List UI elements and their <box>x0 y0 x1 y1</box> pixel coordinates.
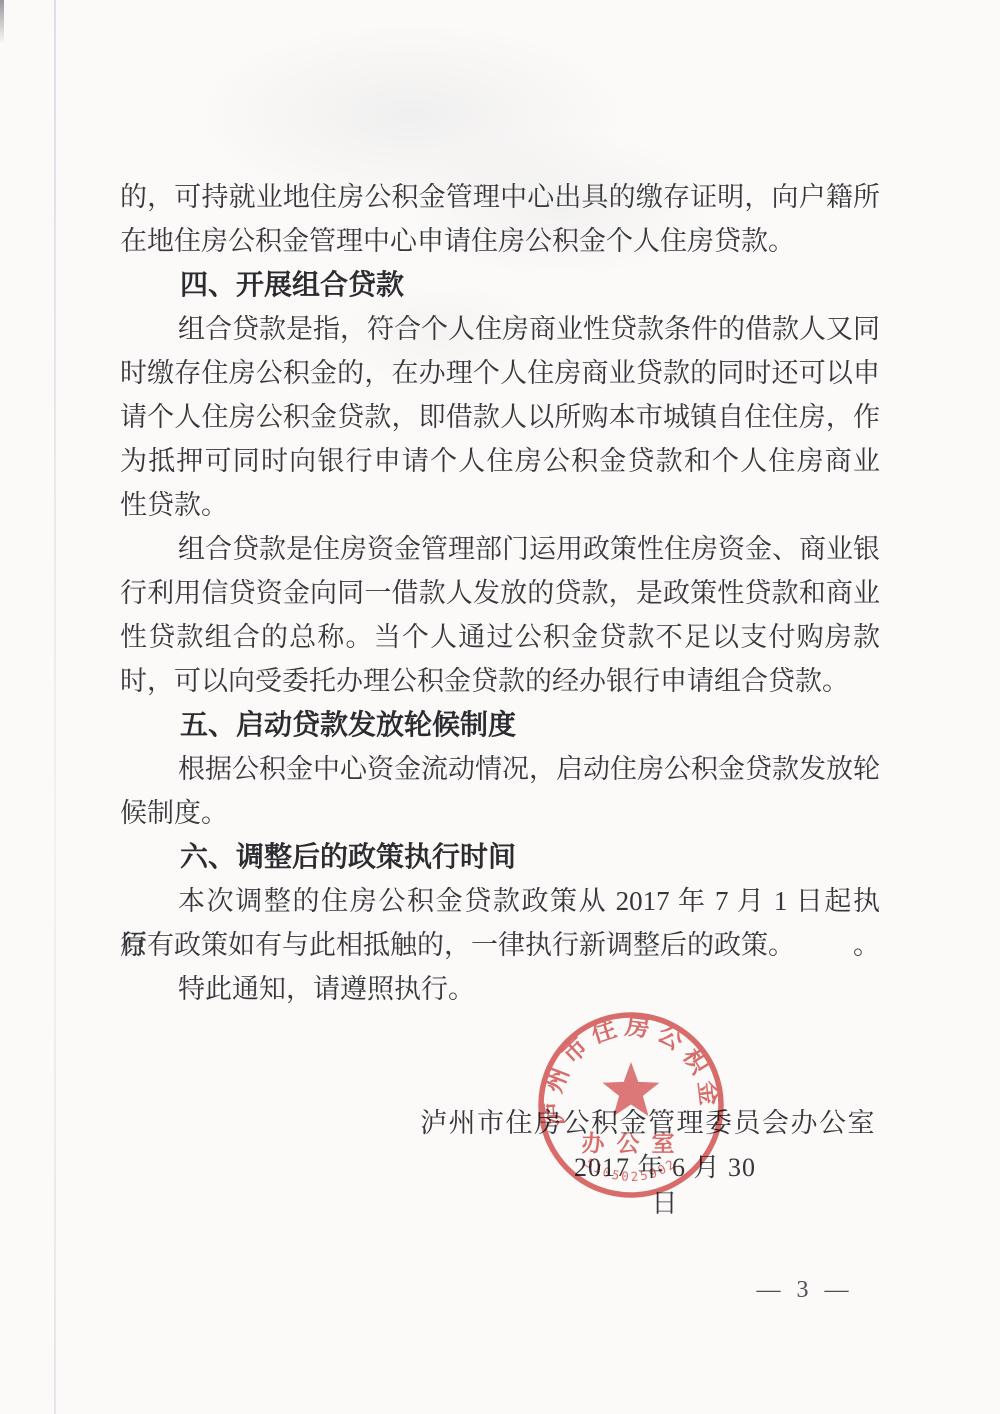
text-line: 在地住房公积金管理中心申请住房公积金个人住房贷款。 <box>120 219 880 263</box>
text-line: 行利用信贷资金向同一借款人发放的贷款，是政策性贷款和商业 <box>120 571 880 615</box>
text-line: 的，可持就业地住房公积金管理中心出具的缴存证明，向户籍所 <box>120 175 880 219</box>
text-line: 组合贷款是指，符合个人住房商业性贷款条件的借款人又同 <box>120 307 880 351</box>
scanned-document-page: 的，可持就业地住房公积金管理中心出具的缴存证明，向户籍所在地住房公积金管理中心申… <box>0 0 1000 1414</box>
text-line: 本次调整的住房公积金贷款政策从 2017 年 7 月 1 日起执行。 <box>120 879 880 923</box>
text-line: 时，可以向受委托办理公积金贷款的经办银行申请组合贷款。 <box>120 659 880 703</box>
text-line: 原有政策如有与此相抵触的，一律执行新调整后的政策。 <box>120 923 880 967</box>
text-line: 候制度。 <box>120 791 880 835</box>
scan-edge-artifact <box>54 0 56 1414</box>
scan-corner-artifact <box>0 0 4 44</box>
text-line: 特此通知，请遵照执行。 <box>120 967 880 1011</box>
text-line: 组合贷款是住房资金管理部门运用政策性住房资金、商业银 <box>120 527 880 571</box>
text-line: 请个人住房公积金贷款，即借款人以所购本市城镇自住住房，作 <box>120 395 880 439</box>
document-text: 的，可持就业地住房公积金管理中心出具的缴存证明，向户籍所在地住房公积金管理中心申… <box>120 175 880 1011</box>
text-line: 时缴存住房公积金的，在办理个人住房商业贷款的同时还可以申 <box>120 351 880 395</box>
signature-organization: 泸州市住房公积金管理委员会办公室 <box>420 1104 876 1142</box>
text-line: 性贷款。 <box>120 483 880 527</box>
section-heading: 四、开展组合贷款 <box>120 263 880 307</box>
section-heading: 五、启动贷款发放轮候制度 <box>120 703 880 747</box>
section-heading: 六、调整后的政策执行时间 <box>120 835 880 879</box>
page-number: — 3 — <box>755 1274 855 1306</box>
text-line: 性贷款组合的总称。当个人通过公积金贷款不足以支付购房款 <box>120 615 880 659</box>
document-body: 的，可持就业地住房公积金管理中心出具的缴存证明，向户籍所在地住房公积金管理中心申… <box>120 175 880 1011</box>
text-line: 根据公积金中心资金流动情况，启动住房公积金贷款发放轮 <box>120 747 880 791</box>
text-line: 为抵押可同时向银行申请个人住房公积金贷款和个人住房商业 <box>120 439 880 483</box>
signature-date: 2017 年 6 月 30 日 <box>560 1150 770 1186</box>
